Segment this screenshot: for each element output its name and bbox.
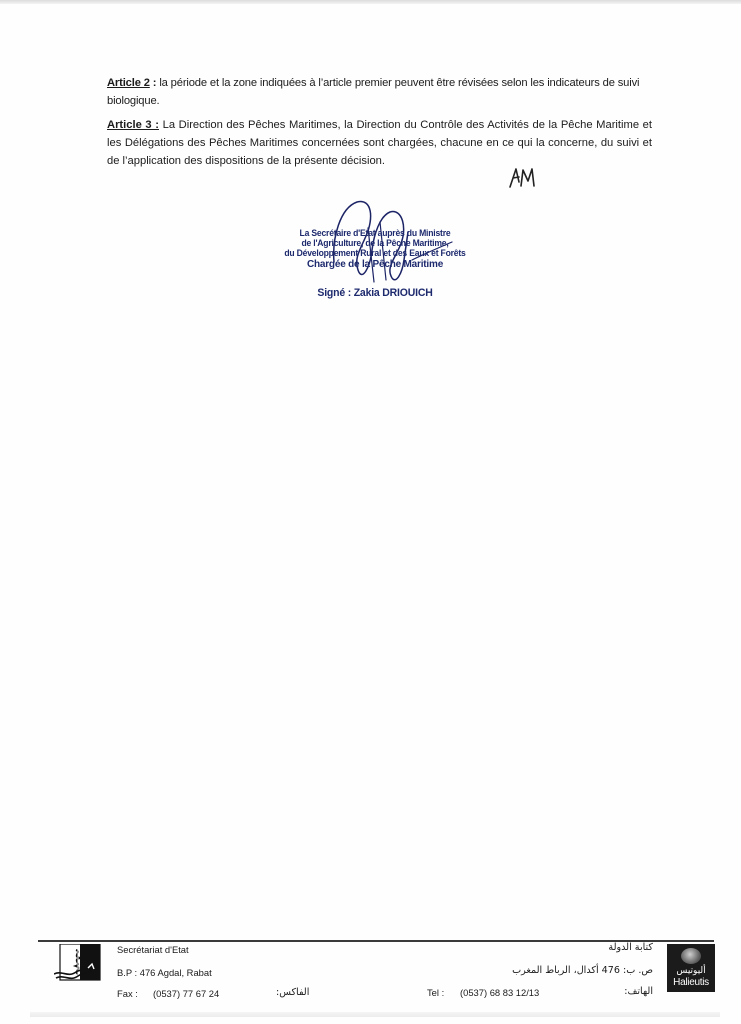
footer-fax-label: Fax : xyxy=(117,988,138,999)
stamp-line-1: La Secrétaire d'Etat auprès du Ministre xyxy=(262,228,488,239)
article-3-text: La Direction des Pêches Maritimes, la Di… xyxy=(107,119,652,167)
footer-tel-label-ar: الهاتف: xyxy=(624,986,653,997)
handwritten-initials xyxy=(507,164,541,190)
article-3-label: Article 3 : xyxy=(107,119,159,131)
globe-icon xyxy=(681,948,701,964)
page-bottom-shadow xyxy=(30,1012,720,1017)
footer-address-ar: ص. ب: 476 أكدال، الرباط المغرب xyxy=(512,965,653,976)
footer-tel-number: (0537) 68 83 12/13 xyxy=(460,987,539,998)
footer-fax-label-ar: الفاكس: xyxy=(276,987,309,998)
article-2: Article 2 : la période et la zone indiqu… xyxy=(107,74,652,110)
stamp-line-4: Chargée de la Pêche Maritime xyxy=(262,259,488,271)
footer-fax-number: (0537) 77 67 24 xyxy=(153,988,219,999)
footer-address: B.P : 476 Agdal, Rabat xyxy=(117,967,212,978)
signed-by: Signé : Zakia DRIOUICH xyxy=(262,287,488,300)
ministry-logo-icon xyxy=(54,944,102,984)
halieutis-logo-arabic: أليوتيس xyxy=(667,966,715,976)
halieutis-logo-latin: Halieutis xyxy=(667,977,715,989)
article-2-text: la période et la zone indiquées à l’arti… xyxy=(107,77,639,107)
article-3: Article 3 : La Direction des Pêches Mari… xyxy=(107,116,652,170)
stamp-line-2: de l'Agriculture, de la Pêche Maritime, xyxy=(262,238,488,249)
page-top-edge xyxy=(0,0,741,4)
footer-tel-label: Tel : xyxy=(427,987,444,998)
stamp-line-3: du Développement Rural et des Eaux et Fo… xyxy=(262,248,488,259)
halieutis-logo: أليوتيس Halieutis xyxy=(667,944,715,992)
signature-stamp: La Secrétaire d'Etat auprès du Ministre … xyxy=(262,198,488,308)
article-2-label: Article 2 xyxy=(107,77,150,89)
footer-title-ar: كتابة الدولة xyxy=(608,942,653,953)
footer-title: Secrétariat d'Etat xyxy=(117,944,189,955)
